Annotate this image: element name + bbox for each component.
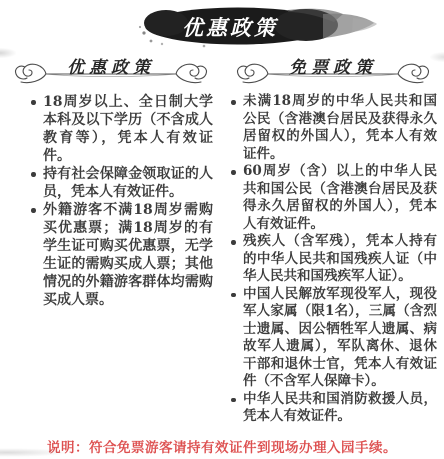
list-item: 残疾人（含军残），凭本人持有的中华人民共和国残疾人证（中华人民共和国残疾军人证）… <box>231 233 437 286</box>
promo-policy-page: 优惠政策 优惠政策 18周岁以上、全日制大学本科及以下学历（不含成人教育等），凭… <box>0 0 444 459</box>
list-item: 60周岁（含）以上的中华人民共和国公民（含港澳台居民及获得永久居留权的外国人），… <box>231 163 437 233</box>
list-item: 未满18周岁的中华人民共和国公民（含港澳台居民及获得永久居留权的外国人），凭本人… <box>231 93 437 163</box>
column-free-ticket-policy: 免票政策 未满18周岁的中华人民共和国公民（含港澳台居民及获得永久居留权的外国人… <box>222 48 444 426</box>
list-item: 中国人民解放军现役军人，现役军人家属（限1名），三属（含烈士遗属、因公牺牲军人遗… <box>231 286 437 391</box>
list-item: 18周岁以上、全日制大学本科及以下学历（不含成人教育等），凭本人有效证件。 <box>31 93 213 165</box>
page-banner: 优惠政策 <box>0 0 444 48</box>
column-discount-policy: 优惠政策 18周岁以上、全日制大学本科及以下学历（不含成人教育等），凭本人有效证… <box>0 48 222 426</box>
free-ticket-policy-list: 未满18周岁的中华人民共和国公民（含港澳台居民及获得永久居留权的外国人），凭本人… <box>231 93 437 426</box>
discount-column-title: 优惠政策 <box>0 53 222 78</box>
free-ticket-column-header: 免票政策 <box>222 50 444 88</box>
list-item: 中华人民共和国消防救援人员，凭本人有效证件。 <box>231 391 437 426</box>
free-ticket-column-title: 免票政策 <box>222 53 444 78</box>
page-title: 优惠政策 <box>168 12 292 42</box>
discount-column-header: 优惠政策 <box>0 50 222 88</box>
footer-note: 说明：符合免票游客请持有效证件到现场办理入园手续。 <box>0 436 444 456</box>
list-item: 持有社会保障金领取证的人员，凭本人有效证件。 <box>31 165 213 201</box>
policy-columns: 优惠政策 18周岁以上、全日制大学本科及以下学历（不含成人教育等），凭本人有效证… <box>0 48 444 426</box>
discount-policy-list: 18周岁以上、全日制大学本科及以下学历（不含成人教育等），凭本人有效证件。持有社… <box>31 93 213 309</box>
list-item: 外籍游客不满18周岁需购买优惠票；满18周岁的有学生证可购买优惠票，无学生证的需… <box>31 201 213 309</box>
